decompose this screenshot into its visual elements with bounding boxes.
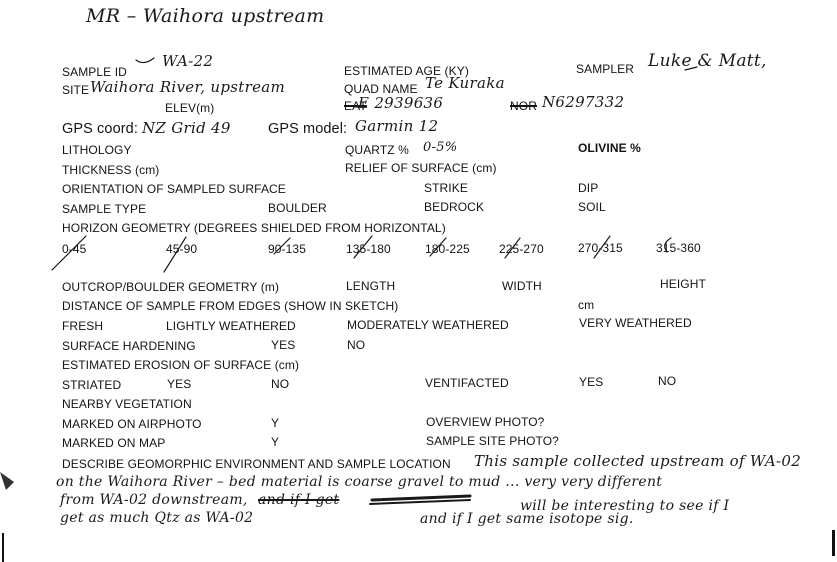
horizon-sector-180-225[interactable]: 180-225 xyxy=(425,242,470,256)
weathering-lightly[interactable]: LIGHTLY WEATHERED xyxy=(166,319,296,333)
quartz-label: QUARTZ % xyxy=(345,143,409,157)
airphoto-label: MARKED ON AIRPHOTO xyxy=(62,417,202,431)
sampler-label: SAMPLER xyxy=(576,62,634,76)
surface-hardening-no[interactable]: NO xyxy=(347,338,365,352)
dip-label: DIP xyxy=(578,181,598,195)
describe-line-1[interactable]: This sample collected upstream of WA-02 xyxy=(474,452,801,470)
ventifacted-yes[interactable]: YES xyxy=(579,375,603,389)
striated-yes[interactable]: YES xyxy=(167,377,191,391)
horizon-sector-0-45[interactable]: 0-45 xyxy=(62,242,86,256)
gps-coord-label: GPS coord: xyxy=(62,121,138,138)
horizon-sector-90-135[interactable]: 90-135 xyxy=(268,242,306,256)
weathering-very[interactable]: VERY WEATHERED xyxy=(579,316,692,330)
site-value[interactable]: Waihora River, upstream xyxy=(90,78,285,96)
describe-line-2[interactable]: on the Waihora River – bed material is c… xyxy=(56,473,662,491)
outcrop-length-label: LENGTH xyxy=(346,279,395,293)
describe-struck-text: and if I get xyxy=(258,491,339,509)
horizon-sector-225-270[interactable]: 225-270 xyxy=(499,242,544,256)
site-label: SITE xyxy=(62,83,89,97)
sample-site-photo-label: SAMPLE SITE PHOTO? xyxy=(426,434,559,448)
gps-model-label: GPS model: xyxy=(268,121,347,138)
sample-type-soil[interactable]: SOIL xyxy=(578,200,606,214)
sample-id-label: SAMPLE ID xyxy=(62,65,127,79)
horizon-sector-135-180[interactable]: 135-180 xyxy=(346,242,391,256)
striated-no[interactable]: NO xyxy=(271,377,289,391)
handwritten-title: MR – Waihora upstream xyxy=(86,7,325,25)
ventifacted-no[interactable]: NO xyxy=(658,374,676,388)
strike-label: STRIKE xyxy=(424,181,468,195)
sample-id-value[interactable]: WA-22 xyxy=(162,52,213,70)
sample-type-boulder[interactable]: BOULDER xyxy=(268,201,327,215)
erosion-label: ESTIMATED EROSION OF SURFACE (cm) xyxy=(62,358,299,372)
thickness-label: THICKNESS (cm) xyxy=(62,163,159,177)
describe-line-3[interactable]: from WA-02 downstream, xyxy=(60,491,248,509)
northing-value[interactable]: N6297332 xyxy=(542,93,624,111)
horizon-label: HORIZON GEOMETRY (DEGREES SHIELDED FROM … xyxy=(62,221,446,235)
olivine-label: OLIVINE % xyxy=(578,141,641,155)
outcrop-height-label: HEIGHT xyxy=(660,277,706,291)
vegetation-label: NEARBY VEGETATION xyxy=(62,397,192,411)
swoosh-mark xyxy=(136,58,154,63)
distance-unit: cm xyxy=(578,298,594,312)
map-label: MARKED ON MAP xyxy=(62,436,165,450)
map-value[interactable]: Y xyxy=(271,435,279,449)
gps-coord-value[interactable]: NZ Grid 49 xyxy=(142,119,231,137)
surface-hardening-label: SURFACE HARDENING xyxy=(62,339,196,353)
horizon-sector-270-315[interactable]: 270-315 xyxy=(578,241,623,255)
nor-label-struck: NOR xyxy=(510,99,537,113)
sample-type-bedrock[interactable]: BEDROCK xyxy=(424,200,484,214)
horizon-sector-315-360[interactable]: 315-360 xyxy=(656,241,701,255)
overview-photo-label: OVERVIEW PHOTO? xyxy=(426,415,544,429)
orientation-label: ORIENTATION OF SAMPLED SURFACE xyxy=(62,182,286,196)
gps-model-value[interactable]: Garmin 12 xyxy=(355,117,438,135)
horizon-sector-45-90[interactable]: 45-90 xyxy=(166,242,197,256)
elev-label: ELEV(m) xyxy=(165,101,214,115)
airphoto-value[interactable]: Y xyxy=(271,416,279,430)
sampler-value[interactable]: Luke & Matt, xyxy=(648,52,767,70)
surface-hardening-yes[interactable]: YES xyxy=(271,338,295,352)
sample-type-label: SAMPLE TYPE xyxy=(62,202,146,216)
weathering-moderately[interactable]: MODERATELY WEATHERED xyxy=(347,318,509,332)
quartz-value[interactable]: 0-5% xyxy=(423,139,458,157)
weathering-fresh[interactable]: FRESH xyxy=(62,319,103,333)
easting-value[interactable]: E 2939636 xyxy=(358,94,443,112)
striated-label: STRIATED xyxy=(62,378,121,392)
outcrop-label: OUTCROP/BOULDER GEOMETRY (m) xyxy=(62,280,279,294)
describe-label: DESCRIBE GEOMORPHIC ENVIRONMENT AND SAMP… xyxy=(62,457,451,471)
quad-name-value[interactable]: Te Kuraka xyxy=(425,74,505,92)
describe-line-6[interactable]: get as much Qtz as WA-02 xyxy=(60,509,253,527)
distance-label: DISTANCE OF SAMPLE FROM EDGES (SHOW IN S… xyxy=(62,299,398,313)
relief-label: RELIEF OF SURFACE (cm) xyxy=(345,161,497,175)
outcrop-width-label: WIDTH xyxy=(502,279,542,293)
ventifacted-label: VENTIFACTED xyxy=(425,376,509,390)
lithology-label: LITHOLOGY xyxy=(62,143,132,157)
describe-line-4[interactable]: and if I get same isotope sig. xyxy=(420,510,634,528)
